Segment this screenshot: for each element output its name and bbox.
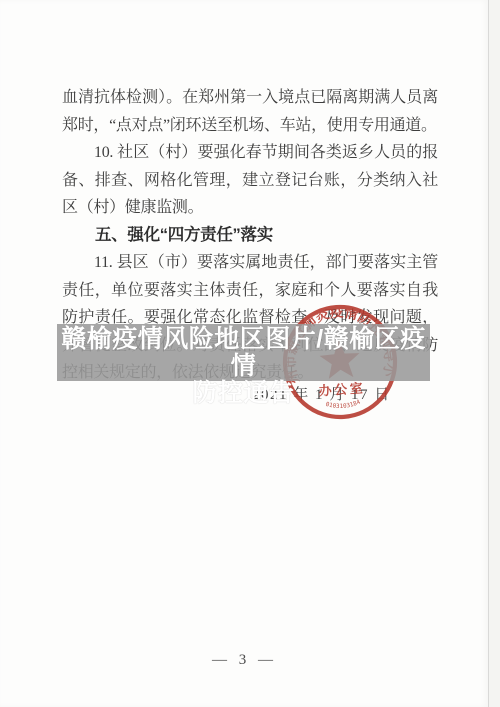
- document-page: 血清抗体检测）。在郑州第一入境点已隔离期满人员离郑时，“点对点”闭环送至机场、车…: [0, 0, 489, 707]
- watermark-banner: 赣榆疫情风险地区图片/赣榆区疫情 防控通告: [57, 324, 430, 381]
- document-paragraph: 10. 社区（村）要强化春节期间各类返乡人员的报备、排查、网格化管理，建立登记台…: [62, 139, 438, 222]
- watermark-banner-line1: 赣榆疫情风险地区图片/赣榆区疫情: [57, 326, 430, 380]
- document-paragraph: 血清抗体检测）。在郑州第一入境点已隔离期满人员离郑时，“点对点”闭环送至机场、车…: [62, 84, 438, 139]
- section-heading: 五、强化“四方责任”落实: [62, 222, 438, 250]
- watermark-banner-line2: 防控通告: [57, 380, 430, 407]
- page-number: — 3 —: [0, 652, 489, 669]
